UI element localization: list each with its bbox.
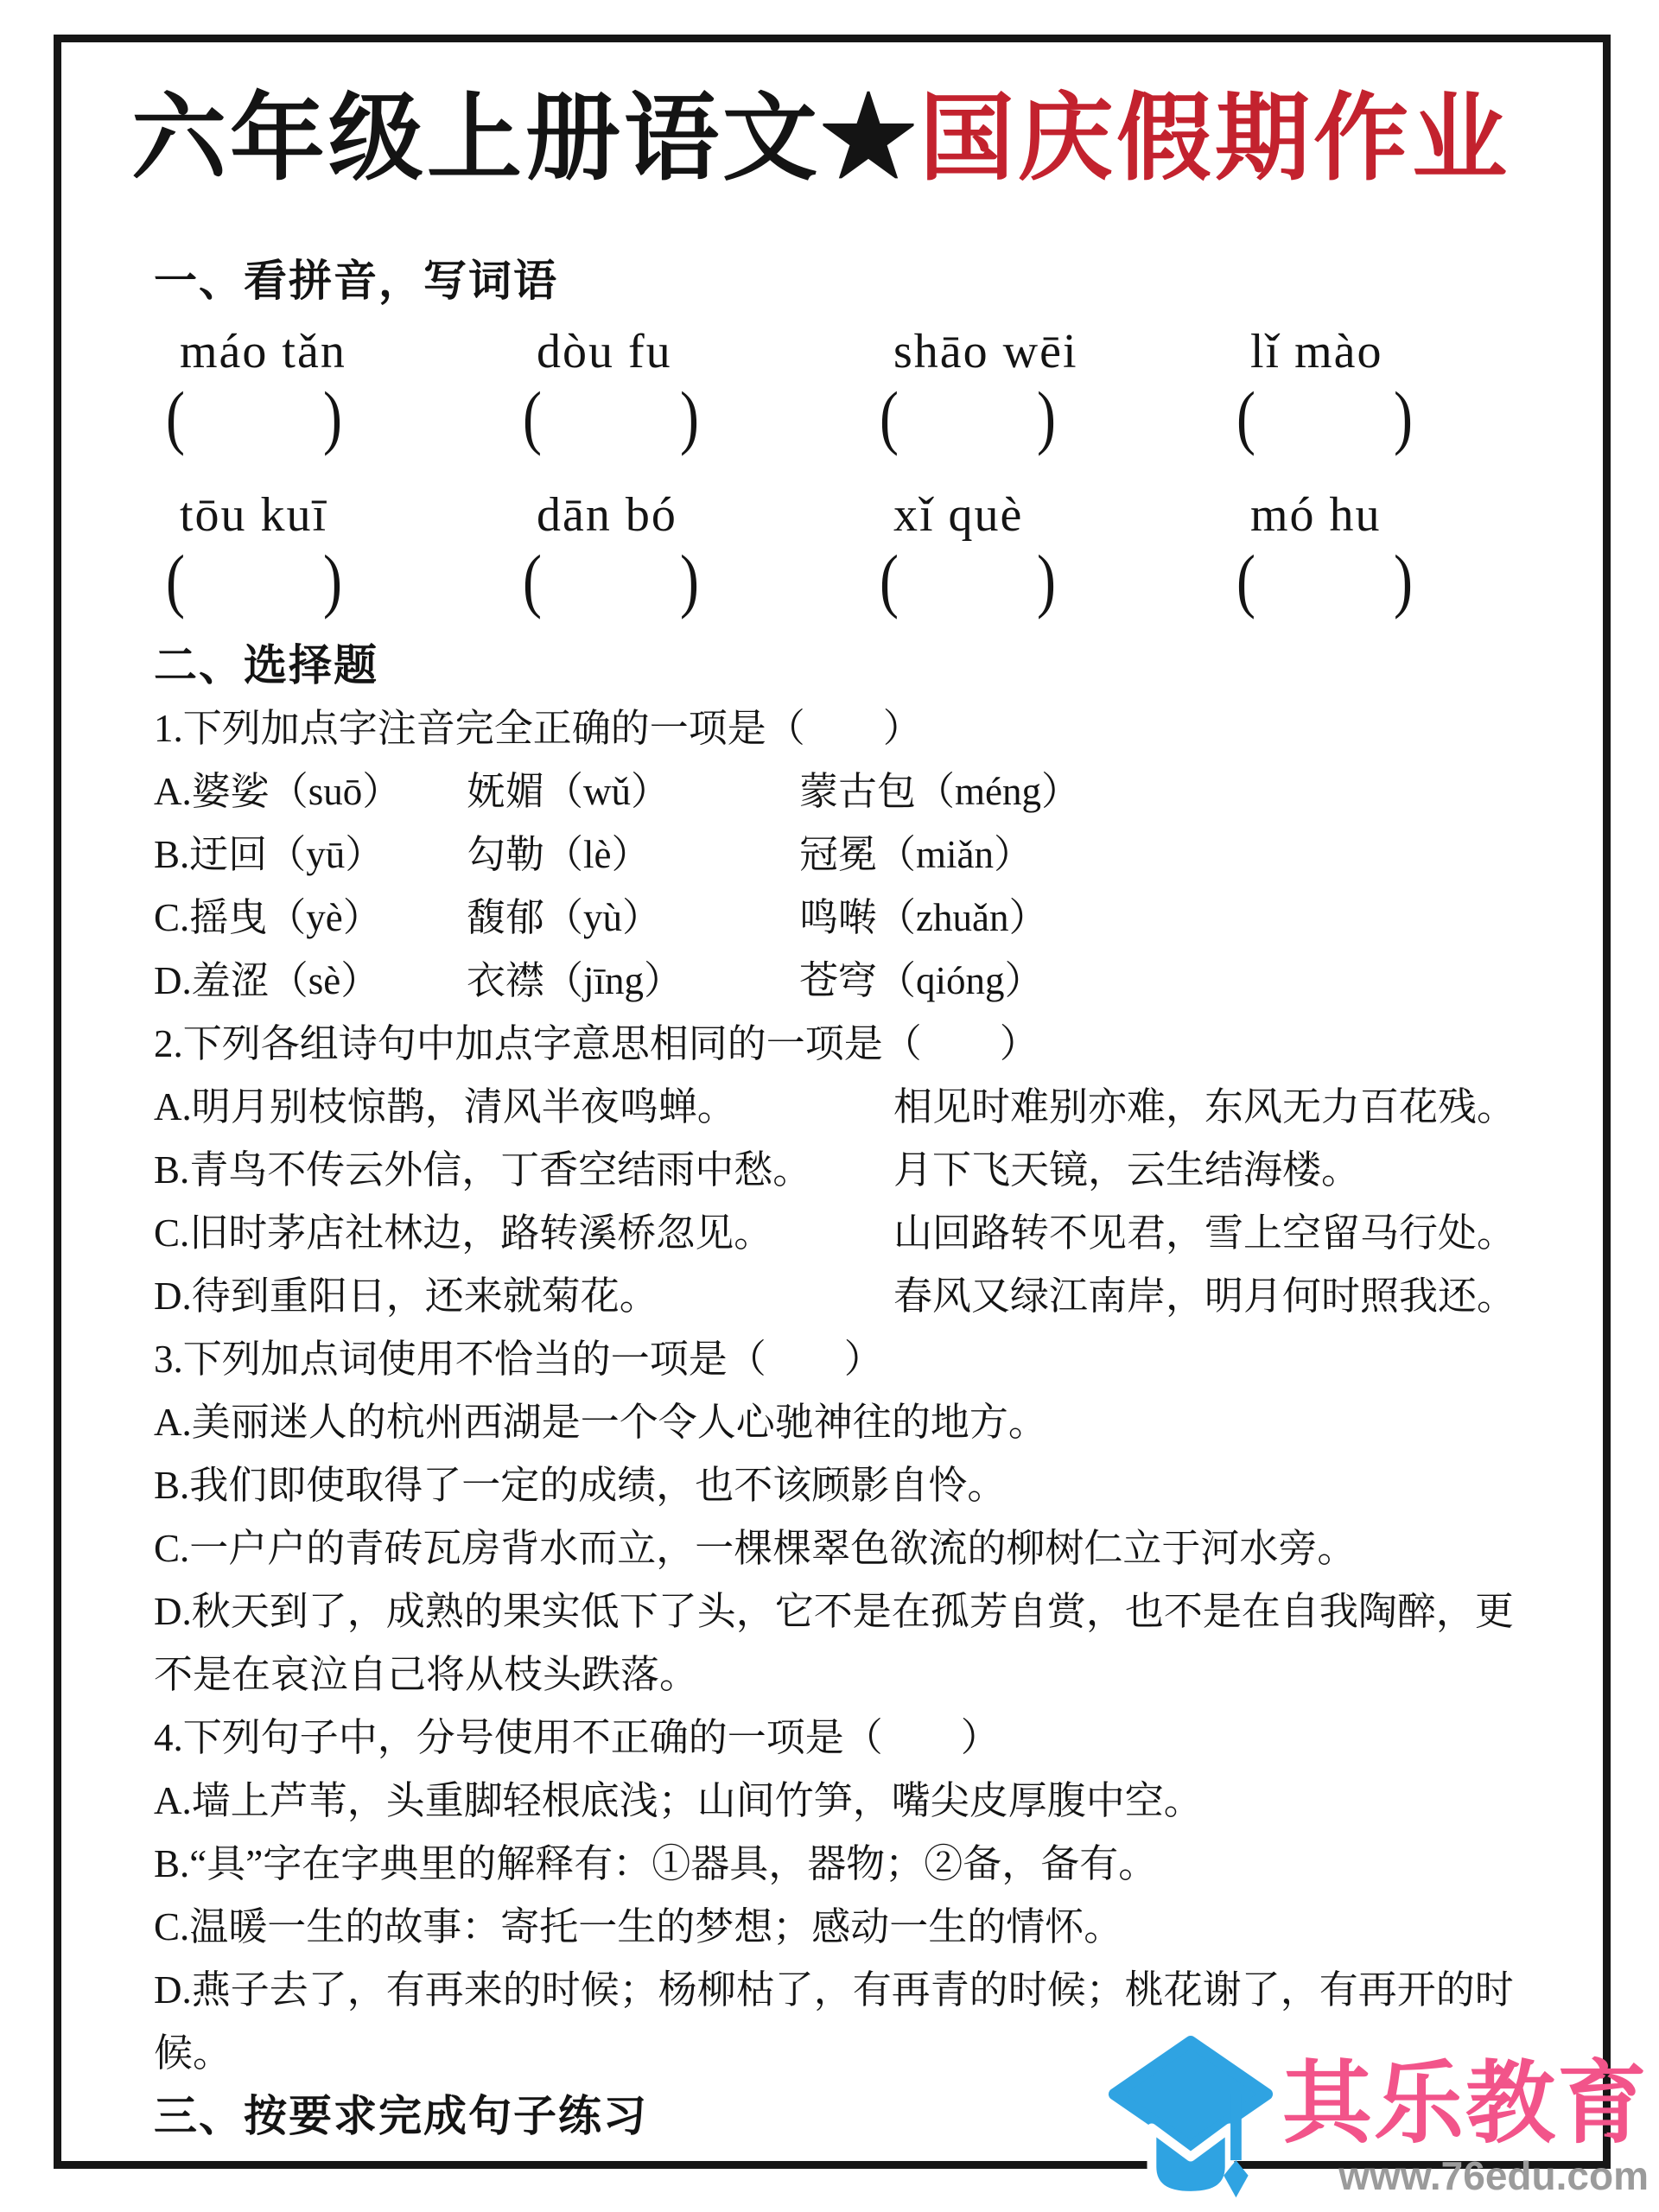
answer-blank: (): [523, 535, 699, 628]
answer-blank-row-2: () () () (): [154, 545, 1599, 634]
q1-b-word1: B.迂回（yū）: [154, 823, 467, 887]
q4-option-c: C.温暖一生的故事：寄托一生的梦想；感动一生的情怀。: [154, 1896, 1599, 1959]
paren-open: (: [166, 535, 185, 628]
pinyin-word: dòu fu: [537, 325, 672, 378]
q2-b-left-verse: B.青鸟不传云外信，丁香空结雨中愁。: [154, 1139, 893, 1202]
q1-option-d: D.羞涩（sè） 衣襟（jīng） 苍穹（qióng）: [154, 950, 1599, 1013]
q2-c-left-verse: C.旧时茅店社林边，路转溪桥忽见。: [154, 1202, 893, 1265]
pinyin-word: mó hu: [1250, 488, 1382, 542]
q1-a-word2: 妩媚（wǔ）: [467, 760, 799, 823]
page-title: 六年级上册语文★国庆假期作业: [99, 69, 1543, 209]
paren-open: (: [880, 535, 899, 628]
answer-blank: (): [1236, 535, 1413, 628]
worksheet-content: 六年级上册语文★国庆假期作业 一、看拼音，写词语 máo tǎn dòu fu …: [154, 69, 1599, 2148]
q2-option-a: A.明月别枝惊鹊，清风半夜鸣蝉。 相见时难别亦难，东风无力百花残。: [154, 1076, 1599, 1139]
q3-option-a: A.美丽迷人的杭州西湖是一个令人心驰神往的地方。: [154, 1391, 1599, 1454]
page-title-red: 国庆假期作业: [919, 86, 1510, 192]
publisher-logo: 其乐教育 www.76edu.com: [1106, 2033, 1649, 2210]
q4-option-a: A.墙上芦苇，头重脚轻根底浅；山间竹笋，嘴尖皮厚腹中空。: [154, 1770, 1599, 1833]
q2-b-right-verse: 月下飞天镜，云生结海楼。: [893, 1139, 1360, 1202]
paren-open: (: [523, 535, 542, 628]
answer-blank: (): [166, 372, 342, 465]
pinyin-word: máo tǎn: [180, 325, 346, 378]
pinyin-word: shāo wēi: [893, 325, 1078, 378]
graduation-cap-icon: [1106, 2033, 1275, 2210]
q3-option-b: B.我们即使取得了一定的成绩，也不该顾影自怜。: [154, 1454, 1599, 1517]
answer-blank: (): [523, 372, 699, 465]
q1-c-word1: C.摇曳（yè）: [154, 887, 467, 950]
q4-option-b: B.“具”字在字典里的解释有：①器具，器物；②备，备有。: [154, 1833, 1599, 1896]
q2-option-c: C.旧时茅店社林边，路转溪桥忽见。 山回路转不见君，雪上空留马行处。: [154, 1202, 1599, 1265]
q1-d-word3: 苍穹（qióng）: [799, 950, 1044, 1013]
q2-d-right-verse: 春风又绿江南岸，明月何时照我还。: [893, 1265, 1516, 1328]
q2-a-left-verse: A.明月别枝惊鹊，清风半夜鸣蝉。: [154, 1076, 893, 1139]
paren-open: (: [1236, 372, 1255, 465]
q2-stem: 2.下列各组诗句中加点字意思相同的一项是（ ）: [154, 1013, 1599, 1076]
answer-blank: (): [1236, 372, 1413, 465]
q1-d-word1: D.羞涩（sè）: [154, 950, 467, 1013]
pinyin-word: lǐ mào: [1250, 325, 1383, 378]
paren-open: (: [523, 372, 542, 465]
paren-close: ): [680, 535, 699, 628]
q1-stem: 1.下列加点字注音完全正确的一项是（ ）: [154, 697, 1599, 760]
paren-open: (: [166, 372, 185, 465]
q2-d-left-verse: D.待到重阳日，还来就菊花。: [154, 1265, 893, 1328]
q1-option-a: A.婆娑（suō） 妩媚（wǔ） 蒙古包（méng）: [154, 760, 1599, 823]
page-title-black: 六年级上册语文★: [131, 86, 919, 192]
paren-close: ): [1037, 535, 1056, 628]
publisher-url: www.76edu.com: [1282, 2154, 1649, 2197]
paren-open: (: [1236, 535, 1255, 628]
q1-c-word2: 馥郁（yù）: [467, 887, 799, 950]
paren-close: ): [323, 372, 342, 465]
q2-a-right-verse: 相见时难别亦难，东风无力百花残。: [893, 1076, 1516, 1139]
section-1-heading: 一、看拼音，写词语: [154, 252, 1599, 309]
paren-close: ): [1394, 535, 1413, 628]
section-2-heading: 二、选择题: [154, 634, 1599, 697]
answer-blank: (): [880, 535, 1056, 628]
answer-blank: (): [880, 372, 1056, 465]
pinyin-word: xǐ què: [893, 488, 1023, 542]
paren-open: (: [880, 372, 899, 465]
pinyin-word: tōu kuī: [180, 488, 327, 542]
q2-c-right-verse: 山回路转不见君，雪上空留马行处。: [893, 1202, 1516, 1265]
q1-a-word1: A.婆娑（suō）: [154, 760, 467, 823]
paren-close: ): [680, 372, 699, 465]
q3-option-c: C.一户户的青砖瓦房背水而立，一棵棵翠色欲流的柳树仁立于河水旁。: [154, 1517, 1599, 1580]
q2-option-b: B.青鸟不传云外信，丁香空结雨中愁。 月下飞天镜，云生结海楼。: [154, 1139, 1599, 1202]
publisher-name: 其乐教育: [1282, 2056, 1649, 2152]
q2-option-d: D.待到重阳日，还来就菊花。 春风又绿江南岸，明月何时照我还。: [154, 1265, 1599, 1328]
paren-close: ): [1037, 372, 1056, 465]
q3-option-d: D.秋天到了，成熟的果实低下了头，它不是在孤芳自赏，也不是在自我陶醉，更不是在哀…: [154, 1580, 1536, 1707]
q1-b-word2: 勾勒（lè）: [467, 823, 799, 887]
pinyin-word: dān bó: [537, 488, 677, 542]
paren-close: ): [323, 535, 342, 628]
q1-option-c: C.摇曳（yè） 馥郁（yù） 鸣啭（zhuǎn）: [154, 887, 1599, 950]
q1-c-word3: 鸣啭（zhuǎn）: [799, 887, 1047, 950]
answer-blank: (): [166, 535, 342, 628]
q1-d-word2: 衣襟（jīng）: [467, 950, 799, 1013]
q1-option-b: B.迂回（yū） 勾勒（lè） 冠冕（miǎn）: [154, 823, 1599, 887]
q1-a-word3: 蒙古包（méng）: [799, 760, 1080, 823]
q4-stem: 4.下列句子中，分号使用不正确的一项是（ ）: [154, 1707, 1599, 1770]
q3-stem: 3.下列加点词使用不恰当的一项是（ ）: [154, 1328, 1599, 1391]
paren-close: ): [1394, 372, 1413, 465]
q1-b-word3: 冠冕（miǎn）: [799, 823, 1033, 887]
answer-blank-row-1: () () () (): [154, 382, 1599, 471]
